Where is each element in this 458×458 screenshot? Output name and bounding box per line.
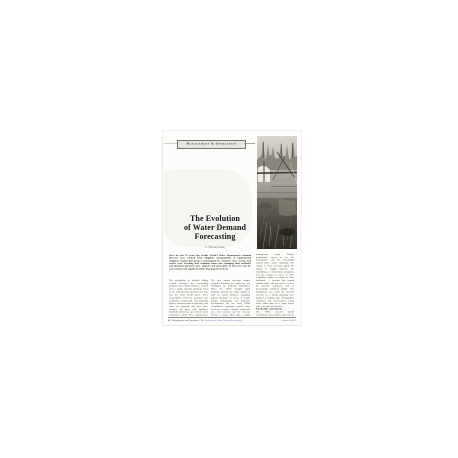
article-title: The Evolution of Water Demand Forecastin… — [179, 214, 251, 241]
article-deck: Over the last 25 years, the Seattle (Was… — [169, 254, 251, 275]
article-byline: C. Howard Jones — [179, 245, 251, 251]
body-column-1: The availability of detailed billing rec… — [169, 279, 208, 317]
footer-left: 36 Management and Operations · The Evolu… — [168, 319, 242, 322]
footer-rule — [168, 317, 296, 318]
kicker-rule-left — [164, 143, 177, 144]
scanned-journal-page: Management & Operations — [162, 130, 302, 326]
watershed-photo — [257, 136, 297, 249]
article-title-line-3: Forecasting — [179, 232, 251, 241]
footer-inner: 36 Management and Operations · The Evolu… — [168, 319, 296, 322]
body-column-3-paragraph-1: management study. Today's participants e… — [256, 253, 294, 308]
article-title-line-1: The Evolution — [179, 214, 251, 223]
body-column-3: management study. Today's participants e… — [256, 253, 294, 317]
article-byline-text: C. Howard Jones — [179, 245, 251, 250]
article-deck-text: Over the last 25 years, the Seattle (Was… — [169, 254, 251, 270]
footer-article-link: The Evolution of Water Demand Forecastin… — [201, 319, 242, 321]
footer-page-number: 36 — [168, 319, 170, 321]
body-column-2: The first formal forecasts simply extend… — [211, 279, 250, 317]
footer-right-label: Journal AWWA — [282, 319, 296, 322]
footer: 36 Management and Operations · The Evolu… — [168, 319, 296, 325]
body-column-2-text: The first formal forecasts simply extend… — [211, 279, 250, 317]
article-title-line-2: of Water Demand — [179, 223, 251, 232]
section-kicker-label: Management & Operations — [178, 141, 245, 147]
screenshot-canvas: Management & Operations — [0, 0, 458, 458]
section-kicker: Management & Operations — [177, 140, 246, 149]
kicker-rule-right — [244, 143, 255, 144]
footer-section-label: Management and Operations — [172, 319, 199, 321]
body-column-1-text: The availability of detailed billing rec… — [169, 279, 208, 317]
body-column-3-content: management study. Today's participants e… — [256, 253, 294, 317]
